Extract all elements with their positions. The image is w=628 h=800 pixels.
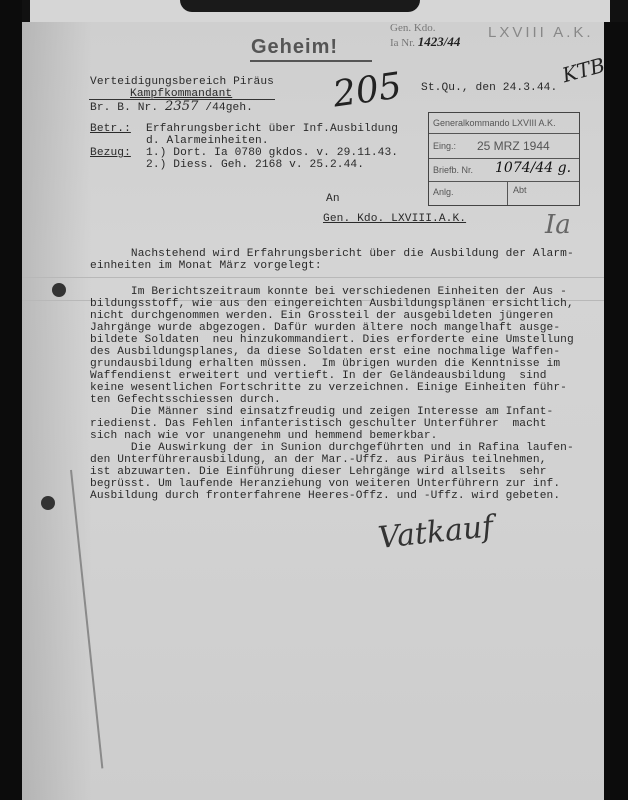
subject-line: Erfahrungsbericht über Inf.Ausbildung bbox=[146, 123, 398, 135]
body-line: Jahrgänge wurde abgezogen. Dafür wurden … bbox=[90, 322, 600, 334]
body-line: grundausbildung erhalten müssen. Im übri… bbox=[90, 358, 600, 370]
receipt-stamp: Generalkommando LXVIII A.K. Eing.: 25 MR… bbox=[428, 112, 580, 206]
bezug-label: Bezug: bbox=[90, 147, 131, 159]
punch-hole bbox=[41, 496, 55, 510]
subject-line: d. Alarmeinheiten. bbox=[146, 135, 269, 147]
corps-stamp: LXVIII A.K. bbox=[488, 24, 594, 41]
registry-stamp: Gen. Kdo. Ia Nr. 1423/44 bbox=[390, 22, 460, 50]
body-line: den Unterführerausbildung, an der Mar.-U… bbox=[90, 454, 600, 466]
body-line: bildungsstoff, wie aus den eingereichten… bbox=[90, 298, 600, 310]
sender-unit: Verteidigungsbereich Piräus bbox=[90, 76, 274, 88]
recipient-label: An bbox=[326, 193, 340, 205]
body-line: Die Männer sind einsatzfreudig und zeige… bbox=[90, 406, 600, 418]
body-line: Ausbildung durch fronterfahrene Heeres-O… bbox=[90, 490, 600, 502]
body-line: Waffendienst erweitert und vertieft. In … bbox=[90, 370, 600, 382]
reference-item: 1.) Dort. Ia 0780 gkdos. v. 29.11.43. bbox=[146, 147, 398, 159]
scan-border-left bbox=[0, 0, 22, 800]
body-line: des Ausbildungsplanes, da diese Soldaten… bbox=[90, 346, 600, 358]
body-line: sich nach wie vor unangenehm und hemmend… bbox=[90, 430, 600, 442]
body-line: bildete Soldaten neu hinzukommandiert. D… bbox=[90, 334, 600, 346]
body-line: Im Berichtszeitraum konnte bei verschied… bbox=[90, 286, 600, 298]
body-line: nicht durchgenommen werden. Ein Grosstei… bbox=[90, 310, 600, 322]
reference-item: 2.) Diess. Geh. 2168 v. 25.2.44. bbox=[146, 159, 364, 171]
classification-stamp: Geheim! bbox=[251, 36, 338, 59]
body-line: Nachstehend wird Erfahrungsbericht über … bbox=[90, 248, 600, 260]
body-line: einheiten im Monat März vorgelegt: bbox=[90, 260, 600, 272]
department-handwriting: Ia bbox=[545, 210, 571, 240]
body-line: Die Auswirkung der in Sunion durchgeführ… bbox=[90, 442, 600, 454]
body-line: ist abzuwarten. Die Einführung dieser Le… bbox=[90, 466, 600, 478]
reference-number: Br. B. Nr. 2357 /44geh. bbox=[90, 101, 253, 114]
recipient: Gen. Kdo. LXVIII.A.K. bbox=[323, 213, 466, 225]
report-body: Nachstehend wird Erfahrungsbericht über … bbox=[90, 248, 600, 502]
body-line: ten Gefechtsschiessen durch. bbox=[90, 394, 600, 406]
scanner-clip bbox=[180, 0, 420, 12]
body-line: keine wesentlichen Fortschritte zu verze… bbox=[90, 382, 600, 394]
body-line: riedienst. Das Fehlen infanteristisch ge… bbox=[90, 418, 600, 430]
betr-label: Betr.: bbox=[90, 123, 131, 135]
punch-hole bbox=[52, 283, 66, 297]
scan-border-right bbox=[604, 22, 628, 800]
body-line: begrüsst. Um laufende Heranziehung von w… bbox=[90, 478, 600, 490]
place-date: St.Qu., den 24.3.44. bbox=[421, 82, 557, 94]
